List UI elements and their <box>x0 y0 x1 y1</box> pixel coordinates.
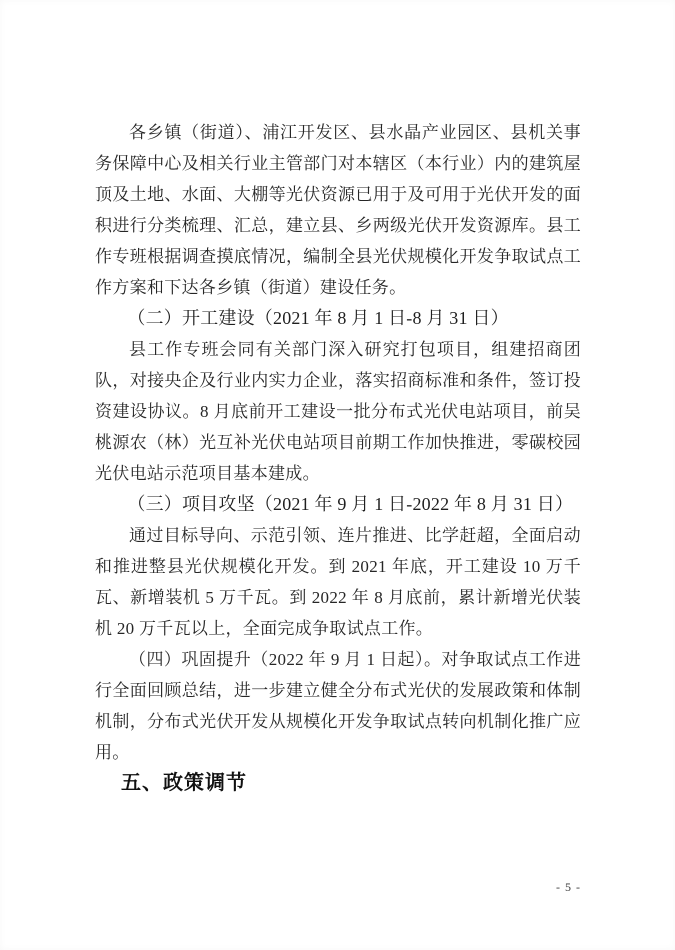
page-number: - 5 - <box>556 880 581 895</box>
body-paragraph: 各乡镇（街道）、浦江开发区、县水晶产业园区、县机关事务保障中心及相关行业主管部门… <box>95 117 581 303</box>
body-paragraph: 县工作专班会同有关部门深入研究打包项目，组建招商团队，对接央企及行业内实力企业，… <box>95 334 581 489</box>
document-body: 各乡镇（街道）、浦江开发区、县水晶产业园区、县机关事务保障中心及相关行业主管部门… <box>95 117 581 799</box>
section-subheading: （二）开工建设（2021 年 8 月 1 日-8 月 31 日） <box>95 303 581 334</box>
section-subheading: （三）项目攻坚（2021 年 9 月 1 日-2022 年 8 月 31 日） <box>95 489 581 520</box>
document-page: 各乡镇（街道）、浦江开发区、县水晶产业园区、县机关事务保障中心及相关行业主管部门… <box>0 0 675 950</box>
body-paragraph: （四）巩固提升（2022 年 9 月 1 日起）。对争取试点工作进行全面回顾总结… <box>95 644 581 768</box>
body-paragraph: 通过目标导向、示范引领、连片推进、比学赶超，全面启动和推进整县光伏规模化开发。到… <box>95 520 581 644</box>
section-heading: 五、政策调节 <box>95 768 581 799</box>
